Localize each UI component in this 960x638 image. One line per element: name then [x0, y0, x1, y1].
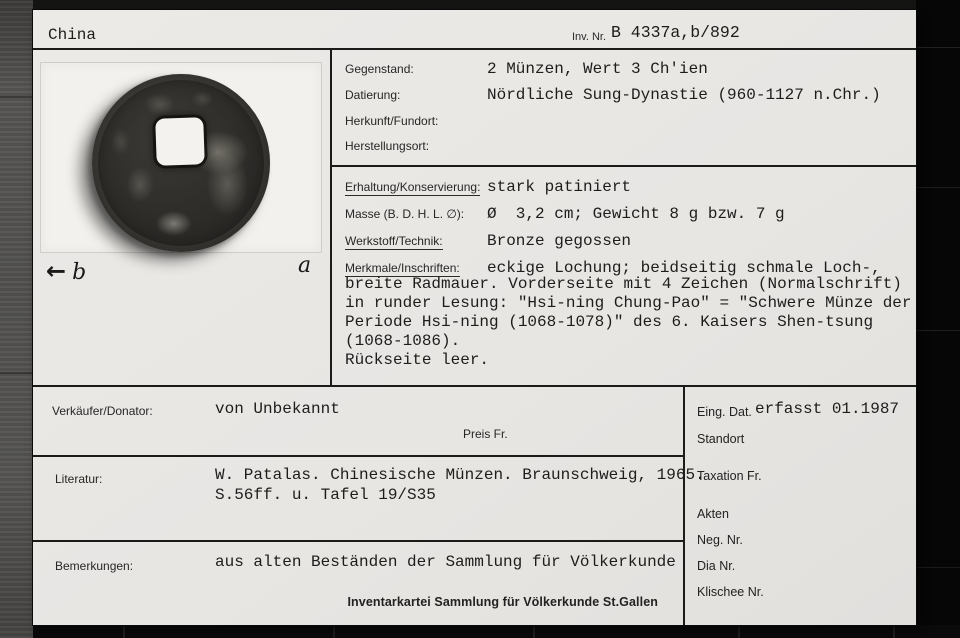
coin-photograph	[40, 62, 322, 253]
bemerkungen-label: Bemerkungen:	[55, 559, 133, 573]
inventory-card: China Inv. Nr. B 4337a,b/892 ←b a Gegens…	[33, 10, 916, 625]
verkaeufer-label: Verkäufer/Donator:	[52, 404, 153, 418]
bottom-left-panel: Verkäufer/Donator: von Unbekannt Preis F…	[33, 385, 683, 625]
background-bottom	[33, 625, 960, 638]
field-row-herkunft: Herkunft/Fundort:	[345, 114, 487, 128]
photo-panel-divider	[330, 48, 332, 385]
handwritten-label-b: ←b	[46, 257, 86, 285]
background-top	[33, 0, 960, 10]
dia-nr-label: Dia Nr.	[697, 559, 735, 573]
field-row-erhaltung: Erhaltung/Konservierung: stark patiniert	[345, 178, 631, 196]
merkmale-continuation: breite Radmauer. Vorderseite mit 4 Zeich…	[345, 275, 912, 370]
inventory-number-value: B 4337a,b/892	[611, 23, 740, 42]
eingangsdatum-value: erfasst 01.1987	[755, 400, 899, 418]
label-b-text: b	[72, 260, 86, 285]
masse-label: Masse (B. D. H. L. ∅):	[345, 207, 464, 221]
literatur-line: W. Patalas. Chinesische Münzen. Braunsch…	[215, 465, 705, 485]
card-footer-title: Inventarkartei Sammlung für Völkerkunde …	[347, 595, 658, 609]
field-row-werkstoff: Werkstoff/Technik: Bronze gegossen	[345, 232, 631, 250]
inventory-number-label: Inv. Nr.	[572, 31, 606, 43]
masse-value: Ø 3,2 cm; Gewicht 8 g bzw. 7 g	[487, 205, 785, 223]
literatur-value: W. Patalas. Chinesische Münzen. Braunsch…	[215, 465, 705, 505]
region-title: China	[48, 26, 96, 44]
merkmale-line: breite Radmauer. Vorderseite mit 4 Zeich…	[345, 275, 912, 294]
werkstoff-value: Bronze gegossen	[487, 232, 631, 250]
coin-image	[92, 74, 270, 252]
erhaltung-label: Erhaltung/Konservierung:	[345, 180, 480, 196]
merkmale-line: (1068-1086).	[345, 332, 912, 351]
field-row-gegenstand: Gegenstand: 2 Münzen, Wert 3 Ch'ien	[345, 60, 708, 78]
row-divider	[33, 455, 683, 457]
header-divider	[33, 48, 916, 50]
field-row-datierung: Datierung: Nördliche Sung-Dynastie (960-…	[345, 86, 881, 104]
herstellungsort-label: Herstellungsort:	[345, 139, 487, 153]
datierung-value: Nördliche Sung-Dynastie (960-1127 n.Chr.…	[487, 86, 881, 104]
klischee-nr-label: Klischee Nr.	[697, 585, 764, 599]
background-left-texture	[0, 0, 33, 638]
gegenstand-value: 2 Münzen, Wert 3 Ch'ien	[487, 60, 708, 78]
preis-label: Preis Fr.	[463, 427, 508, 441]
field-row-herstellungsort: Herstellungsort:	[345, 139, 487, 153]
verkaeufer-value: von Unbekannt	[215, 400, 340, 418]
eingangsdatum-label: Eing. Dat.	[697, 405, 752, 419]
gegenstand-label: Gegenstand:	[345, 62, 487, 76]
datierung-label: Datierung:	[345, 88, 487, 102]
row-divider	[33, 540, 683, 542]
akten-label: Akten	[697, 507, 729, 521]
neg-nr-label: Neg. Nr.	[697, 533, 743, 547]
coin-square-hole	[155, 117, 205, 166]
merkmale-line: in runder Lesung: "Hsi-ning Chung-Pao" =…	[345, 294, 912, 313]
werkstoff-label: Werkstoff/Technik:	[345, 234, 443, 250]
section-divider	[330, 165, 916, 167]
literatur-line: S.56ff. u. Tafel 19/S35	[215, 485, 705, 505]
background-seam	[0, 96, 33, 98]
standort-label: Standort	[697, 432, 744, 446]
erhaltung-value: stark patiniert	[487, 178, 631, 196]
handwritten-label-a: a	[298, 253, 311, 278]
left-arrow-icon: ←	[46, 257, 64, 285]
background-seam	[0, 372, 33, 374]
background-right	[916, 0, 960, 638]
bottom-right-panel: Eing. Dat. erfasst 01.1987 Standort Taxa…	[683, 385, 916, 625]
herkunft-label: Herkunft/Fundort:	[345, 114, 487, 128]
field-row-masse: Masse (B. D. H. L. ∅): Ø 3,2 cm; Gewicht…	[345, 205, 785, 223]
merkmale-line: Periode Hsi-ning (1068-1078)" des 6. Kai…	[345, 313, 912, 332]
bemerkungen-value: aus alten Beständen der Sammlung für Völ…	[215, 553, 676, 571]
literatur-label: Literatur:	[55, 472, 102, 486]
taxation-label: Taxation Fr.	[697, 469, 762, 483]
merkmale-line: Rückseite leer.	[345, 351, 912, 370]
